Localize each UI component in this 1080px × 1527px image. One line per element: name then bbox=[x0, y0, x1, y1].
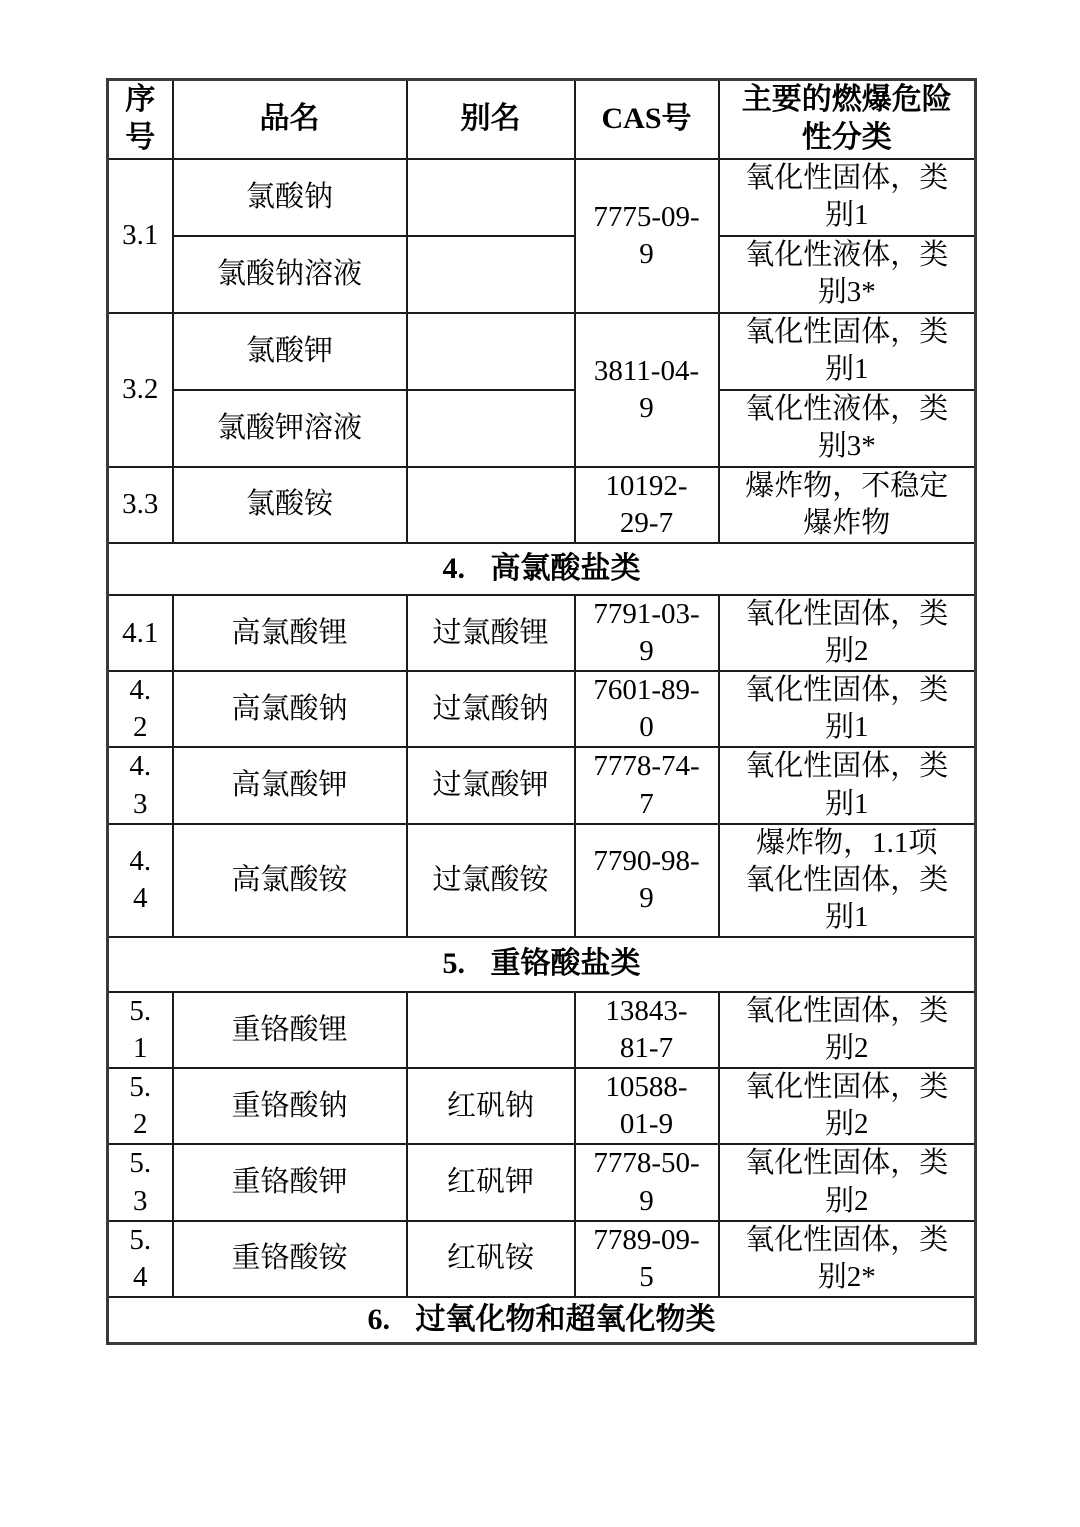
row-4-2-name-cell: 高氯酸钠 bbox=[173, 671, 407, 747]
row-4-3-alias-cell: 过氯酸钾 bbox=[407, 747, 575, 823]
table-row: 4. 2 高氯酸钠 过氯酸钠 7601-89- 0 氧化性固体，类 别1 bbox=[108, 671, 976, 747]
table-row: 5. 3 重铬酸钾 红矾钾 7778-50- 9 氧化性固体，类 别2 bbox=[108, 1144, 976, 1220]
header-cell-cas: CAS号 bbox=[575, 80, 719, 159]
header-cell-hazard: 主要的燃爆危险 性分类 bbox=[719, 80, 976, 159]
row-4-4-seq-cell: 4. 4 bbox=[108, 824, 173, 937]
table-row: 3.2 氯酸钾 3811-04- 9 氧化性固体，类 别1 bbox=[108, 313, 976, 390]
row-4-2-seq-cell: 4. 2 bbox=[108, 671, 173, 747]
header-cell-alias: 别名 bbox=[407, 80, 575, 159]
row-5-1-cas-cell: 13843- 81-7 bbox=[575, 992, 719, 1068]
row-4-2-cas-cell: 7601-89- 0 bbox=[575, 671, 719, 747]
row-5-2-name-cell: 重铬酸钠 bbox=[173, 1068, 407, 1144]
section-5-heading-cell: 5.重铬酸盐类 bbox=[108, 937, 976, 992]
row-4-3-cas-cell: 7778-74- 7 bbox=[575, 747, 719, 823]
table-row: 5. 2 重铬酸钠 红矾钠 10588- 01-9 氧化性固体，类 别2 bbox=[108, 1068, 976, 1144]
row-3-3-hazard-cell: 爆炸物，不稳定 爆炸物 bbox=[719, 467, 976, 543]
row-5-3-name-cell: 重铬酸钾 bbox=[173, 1144, 407, 1220]
row-5-1-alias-cell bbox=[407, 992, 575, 1068]
row-5-1-name-cell: 重铬酸锂 bbox=[173, 992, 407, 1068]
row-5-3-hazard-cell: 氧化性固体，类 别2 bbox=[719, 1144, 976, 1220]
section-6-title: 过氧化物和超氧化物类 bbox=[416, 1303, 716, 1336]
row-3-1-cas-cell: 7775-09- 9 bbox=[575, 159, 719, 313]
section-heading-row: 6.过氧化物和超氧化物类 bbox=[108, 1297, 976, 1344]
row-3-1-name-cell: 氯酸钠 bbox=[173, 159, 407, 236]
row-4-1-hazard-cell: 氧化性固体，类 别2 bbox=[719, 595, 976, 671]
section-4-title: 高氯酸盐类 bbox=[491, 552, 641, 585]
row-4-2-hazard-cell: 氧化性固体，类 别1 bbox=[719, 671, 976, 747]
section-5-number: 5. bbox=[443, 947, 466, 980]
row-5-3-seq-cell: 5. 3 bbox=[108, 1144, 173, 1220]
row-5-1-hazard-cell: 氧化性固体，类 别2 bbox=[719, 992, 976, 1068]
section-5-title: 重铬酸盐类 bbox=[491, 947, 641, 980]
row-3-1-alias-cell bbox=[407, 159, 575, 236]
row-4-2-alias-cell: 过氯酸钠 bbox=[407, 671, 575, 747]
row-4-1-seq-cell: 4.1 bbox=[108, 595, 173, 671]
chemical-hazard-table: 序号 品名 别名 CAS号 主要的燃爆危险 性分类 3.1 氯酸钠 7775-0… bbox=[106, 78, 977, 1345]
table-row: 4. 3 高氯酸钾 过氯酸钾 7778-74- 7 氧化性固体，类 别1 bbox=[108, 747, 976, 823]
chemical-hazard-table-container: 序号 品名 别名 CAS号 主要的燃爆危险 性分类 3.1 氯酸钠 7775-0… bbox=[106, 78, 977, 1345]
row-4-1-cas-cell: 7791-03- 9 bbox=[575, 595, 719, 671]
row-4-1-alias-cell: 过氯酸锂 bbox=[407, 595, 575, 671]
row-5-2-alias-cell: 红矾钠 bbox=[407, 1068, 575, 1144]
header-cell-seq: 序号 bbox=[108, 80, 173, 159]
section-4-number: 4. bbox=[443, 552, 466, 585]
row-3-2b-alias-cell bbox=[407, 390, 575, 467]
row-5-3-cas-cell: 7778-50- 9 bbox=[575, 1144, 719, 1220]
row-5-1-seq-cell: 5. 1 bbox=[108, 992, 173, 1068]
row-3-2-name-cell: 氯酸钾 bbox=[173, 313, 407, 390]
row-5-2-seq-cell: 5. 2 bbox=[108, 1068, 173, 1144]
table-row: 3.3 氯酸铵 10192- 29-7 爆炸物，不稳定 爆炸物 bbox=[108, 467, 976, 543]
row-5-4-alias-cell: 红矾铵 bbox=[407, 1221, 575, 1297]
header-cell-name: 品名 bbox=[173, 80, 407, 159]
row-3-1b-hazard-cell: 氧化性液体，类 别3* bbox=[719, 236, 976, 313]
row-3-3-cas-cell: 10192- 29-7 bbox=[575, 467, 719, 543]
row-5-2-hazard-cell: 氧化性固体，类 别2 bbox=[719, 1068, 976, 1144]
row-4-3-name-cell: 高氯酸钾 bbox=[173, 747, 407, 823]
row-4-4-hazard-cell: 爆炸物，1.1项 氧化性固体，类 别1 bbox=[719, 824, 976, 937]
row-5-3-alias-cell: 红矾钾 bbox=[407, 1144, 575, 1220]
table-row: 氯酸钾溶液 氧化性液体，类 别3* bbox=[108, 390, 976, 467]
row-4-3-hazard-cell: 氧化性固体，类 别1 bbox=[719, 747, 976, 823]
section-heading-row: 5.重铬酸盐类 bbox=[108, 937, 976, 992]
row-4-4-name-cell: 高氯酸铵 bbox=[173, 824, 407, 937]
section-6-number: 6. bbox=[368, 1303, 391, 1336]
row-3-2-cas-cell: 3811-04- 9 bbox=[575, 313, 719, 467]
row-5-4-seq-cell: 5. 4 bbox=[108, 1221, 173, 1297]
row-3-1-seq-cell: 3.1 bbox=[108, 159, 173, 313]
row-3-2-seq-cell: 3.2 bbox=[108, 313, 173, 467]
section-4-heading-cell: 4.高氯酸盐类 bbox=[108, 543, 976, 595]
row-3-3-alias-cell bbox=[407, 467, 575, 543]
row-5-4-hazard-cell: 氧化性固体，类 别2* bbox=[719, 1221, 976, 1297]
table-row: 4.1 高氯酸锂 过氯酸锂 7791-03- 9 氧化性固体，类 别2 bbox=[108, 595, 976, 671]
row-5-2-cas-cell: 10588- 01-9 bbox=[575, 1068, 719, 1144]
row-4-4-alias-cell: 过氯酸铵 bbox=[407, 824, 575, 937]
table-row: 3.1 氯酸钠 7775-09- 9 氧化性固体，类 别1 bbox=[108, 159, 976, 236]
row-5-4-cas-cell: 7789-09- 5 bbox=[575, 1221, 719, 1297]
table-row: 5. 4 重铬酸铵 红矾铵 7789-09- 5 氧化性固体，类 别2* bbox=[108, 1221, 976, 1297]
table-row: 氯酸钠溶液 氧化性液体，类 别3* bbox=[108, 236, 976, 313]
section-heading-row: 4.高氯酸盐类 bbox=[108, 543, 976, 595]
row-5-4-name-cell: 重铬酸铵 bbox=[173, 1221, 407, 1297]
row-3-1-hazard-cell: 氧化性固体，类 别1 bbox=[719, 159, 976, 236]
row-4-1-name-cell: 高氯酸锂 bbox=[173, 595, 407, 671]
row-3-3-seq-cell: 3.3 bbox=[108, 467, 173, 543]
row-4-4-cas-cell: 7790-98- 9 bbox=[575, 824, 719, 937]
table-row: 4. 4 高氯酸铵 过氯酸铵 7790-98- 9 爆炸物，1.1项 氧化性固体… bbox=[108, 824, 976, 937]
section-6-heading-cell: 6.过氧化物和超氧化物类 bbox=[108, 1297, 976, 1344]
table-row: 5. 1 重铬酸锂 13843- 81-7 氧化性固体，类 别2 bbox=[108, 992, 976, 1068]
row-3-3-name-cell: 氯酸铵 bbox=[173, 467, 407, 543]
row-3-2b-hazard-cell: 氧化性液体，类 别3* bbox=[719, 390, 976, 467]
row-3-1b-name-cell: 氯酸钠溶液 bbox=[173, 236, 407, 313]
row-3-2-alias-cell bbox=[407, 313, 575, 390]
row-3-2-hazard-cell: 氧化性固体，类 别1 bbox=[719, 313, 976, 390]
row-3-2b-name-cell: 氯酸钾溶液 bbox=[173, 390, 407, 467]
row-4-3-seq-cell: 4. 3 bbox=[108, 747, 173, 823]
header-row: 序号 品名 别名 CAS号 主要的燃爆危险 性分类 bbox=[108, 80, 976, 159]
row-3-1b-alias-cell bbox=[407, 236, 575, 313]
